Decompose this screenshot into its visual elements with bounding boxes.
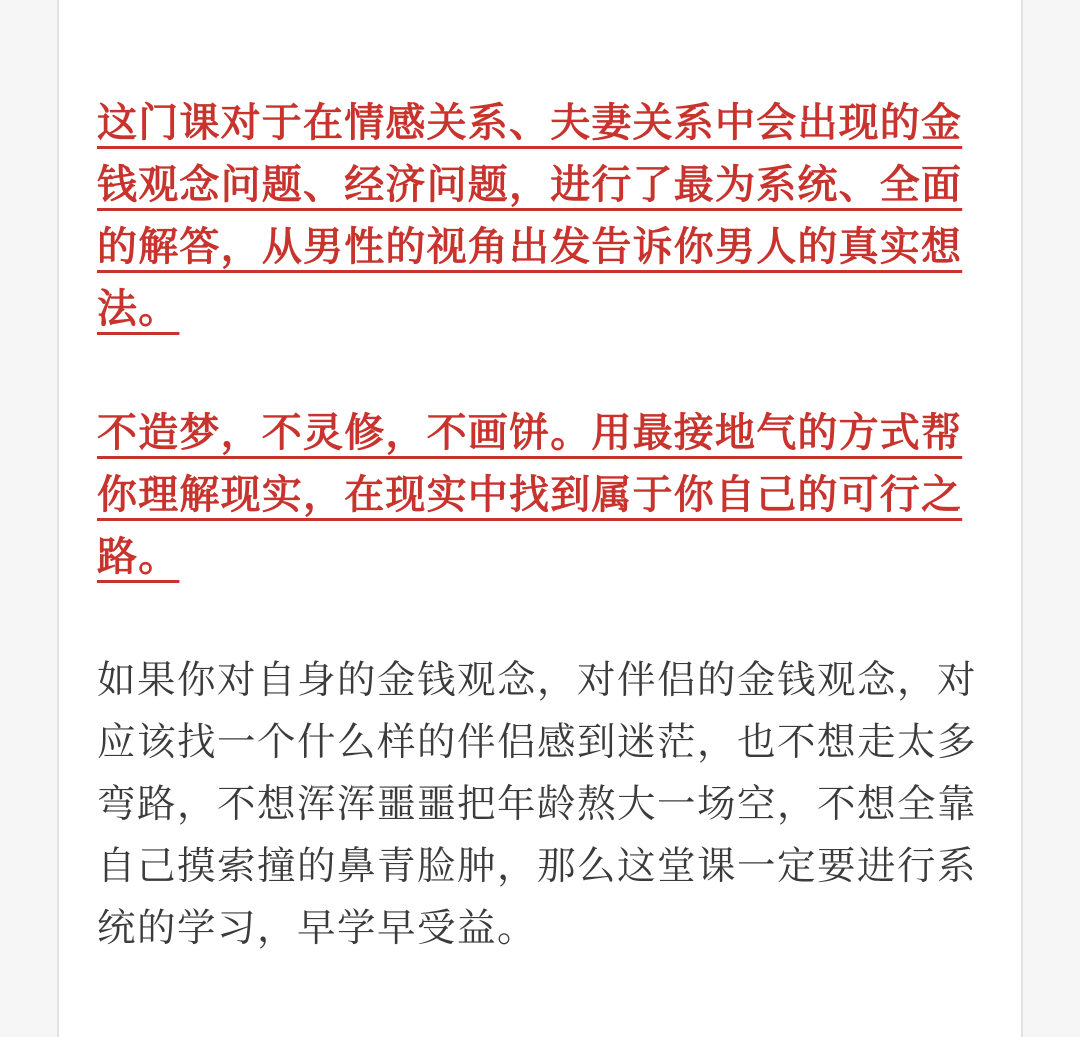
body-paragraph-call-to-action: 如果你对自身的金钱观念，对伴侣的金钱观念，对应该找一个什么样的伴侣感到迷茫，也不… (97, 650, 985, 960)
highlight-text: 不造梦，不灵修，不画饼。用最接地气的方式帮你理解现实，在现实中找到属于你自己的可… (97, 410, 962, 580)
highlight-paragraph-course-intro: 这门课对于在情感关系、夫妻关系中会出现的金钱观念问题、经济问题，进行了最为系统、… (97, 92, 985, 340)
article-body: 这门课对于在情感关系、夫妻关系中会出现的金钱观念问题、经济问题，进行了最为系统、… (97, 92, 985, 960)
highlight-paragraph-practical: 不造梦，不灵修，不画饼。用最接地气的方式帮你理解现实，在现实中找到属于你自己的可… (97, 402, 985, 588)
highlight-text: 这门课对于在情感关系、夫妻关系中会出现的金钱观念问题、经济问题，进行了最为系统、… (97, 100, 962, 332)
